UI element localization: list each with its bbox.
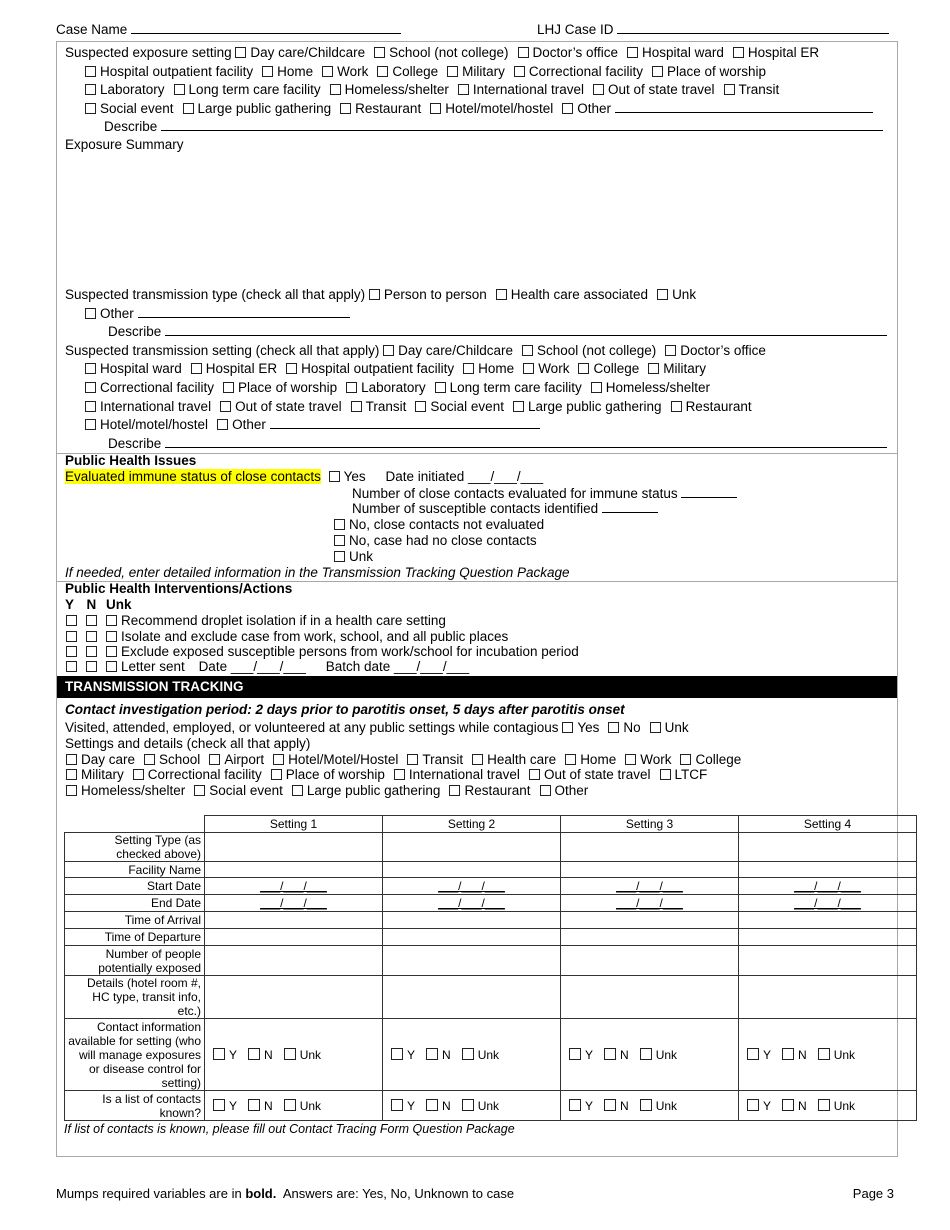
table-cell[interactable] [739, 946, 917, 976]
checkbox-option[interactable]: Day care/Childcare [383, 343, 513, 358]
transmission-setting-other-input[interactable] [270, 417, 540, 429]
checkbox-option[interactable]: Homeless/shelter [66, 783, 185, 798]
checkbox[interactable] [671, 401, 682, 412]
option-label: Unk [300, 1048, 321, 1062]
table-cell[interactable] [205, 929, 383, 946]
checkbox-unk[interactable] [106, 646, 117, 657]
table-cell[interactable] [205, 912, 383, 929]
table-cell[interactable] [383, 862, 561, 878]
table-cell[interactable] [561, 946, 739, 976]
checkbox[interactable] [529, 769, 540, 780]
yes-label: Yes [344, 469, 366, 484]
table-cell[interactable]: YNUnk [739, 1019, 917, 1091]
checkbox[interactable] [747, 1099, 759, 1111]
row-label: Start Date [65, 878, 205, 895]
checkbox[interactable] [213, 1048, 225, 1060]
checkbox-option[interactable]: Health care associated [496, 287, 648, 302]
checkbox-option[interactable]: No [608, 720, 640, 735]
table-cell[interactable] [561, 833, 739, 862]
checkbox[interactable] [818, 1099, 830, 1111]
table-cell[interactable]: YNUnk [205, 1091, 383, 1121]
option-label: Large public gathering [307, 783, 441, 798]
checkbox-option[interactable]: Home [565, 752, 616, 767]
checkbox[interactable] [818, 1048, 830, 1060]
option-label: School (not college) [537, 343, 656, 358]
checkbox[interactable] [660, 769, 671, 780]
checkbox[interactable] [66, 754, 77, 765]
date-input[interactable]: ___/___/___ [794, 896, 861, 910]
table-row: Contact information available for settin… [65, 1019, 917, 1091]
checkbox[interactable] [85, 308, 96, 319]
checkbox[interactable] [85, 363, 96, 374]
checkbox[interactable] [286, 363, 297, 374]
case-name-input[interactable] [131, 22, 401, 34]
checkbox-option[interactable]: Transit [351, 399, 407, 414]
checkbox[interactable] [383, 345, 394, 356]
checkbox[interactable] [85, 419, 96, 430]
table-cell[interactable] [561, 929, 739, 946]
checkbox-option[interactable]: Other [540, 783, 589, 798]
date-input[interactable]: ___/___/___ [616, 896, 683, 910]
checkbox-option[interactable]: Out of state travel [529, 767, 651, 782]
checkbox[interactable] [540, 785, 551, 796]
checkbox[interactable] [183, 103, 194, 114]
checkbox-option[interactable]: Hotel/Motel/Hostel [273, 752, 398, 767]
table-cell[interactable]: YNUnk [205, 1019, 383, 1091]
table-cell[interactable]: ___/___/___ [561, 878, 739, 895]
option-label: Homeless/shelter [345, 82, 449, 97]
checkbox[interactable] [133, 769, 144, 780]
checkbox-option[interactable]: Long term care facility [174, 82, 321, 97]
checkbox-option[interactable]: Restaurant [449, 783, 530, 798]
option-label: Social event [209, 783, 283, 798]
checkbox-option[interactable]: Military [66, 767, 124, 782]
num-susceptible-input[interactable] [602, 501, 658, 513]
table-cell[interactable] [561, 912, 739, 929]
checkbox[interactable] [562, 103, 573, 114]
checkbox[interactable] [472, 754, 483, 765]
checkbox[interactable] [522, 345, 533, 356]
checkbox[interactable] [513, 401, 524, 412]
table-cell[interactable] [205, 946, 383, 976]
checkbox[interactable] [430, 103, 441, 114]
checkbox[interactable] [426, 1048, 438, 1060]
table-cell[interactable]: YNUnk [739, 1091, 917, 1121]
table-cell[interactable]: YNUnk [561, 1019, 739, 1091]
checkbox-option[interactable]: Large public gathering [183, 101, 332, 116]
checkbox-y[interactable] [66, 615, 77, 626]
checkbox[interactable] [85, 84, 96, 95]
lhj-case-id-field[interactable]: LHJ Case ID [537, 22, 889, 37]
table-cell[interactable] [383, 946, 561, 976]
checkbox-option[interactable]: Person to person [369, 287, 487, 302]
option-label: Hospital ER [748, 45, 819, 60]
checkbox[interactable] [284, 1048, 296, 1060]
row-label: Time of Arrival [65, 912, 205, 929]
table-cell[interactable] [383, 912, 561, 929]
checkbox-option[interactable]: Unk [650, 720, 689, 735]
checkbox[interactable] [415, 401, 426, 412]
checkbox[interactable] [652, 66, 663, 77]
checkbox[interactable] [650, 722, 661, 733]
batch-date-label: Batch date [326, 659, 391, 674]
checkbox[interactable] [374, 47, 385, 58]
lhj-case-id-input[interactable] [617, 22, 889, 34]
option-label: Y [763, 1099, 771, 1113]
option-label: N [620, 1048, 629, 1062]
evaluated-yes-checkbox[interactable] [329, 471, 340, 482]
checkbox[interactable] [648, 363, 659, 374]
letter-sent-row: Letter sent Date ___/___/___ Batch date … [66, 658, 469, 676]
checkbox[interactable] [85, 382, 96, 393]
checkbox-option[interactable]: Day care/Childcare [235, 45, 365, 60]
checkbox[interactable] [235, 47, 246, 58]
table-cell[interactable]: ___/___/___ [383, 878, 561, 895]
checkbox[interactable] [604, 1048, 616, 1060]
date-initiated-input[interactable]: ___/___/___ [468, 469, 543, 484]
checkbox-option[interactable]: Large public gathering [292, 783, 441, 798]
checkbox-option[interactable]: Home [262, 64, 313, 79]
checkbox[interactable] [593, 84, 604, 95]
checkbox[interactable] [209, 754, 220, 765]
checkbox[interactable] [565, 754, 576, 765]
checkbox[interactable] [66, 785, 77, 796]
checkbox[interactable] [273, 754, 284, 765]
checkbox-option[interactable]: Doctor’s office [665, 343, 766, 358]
option-label: Homeless/shelter [81, 783, 185, 798]
checkbox-y[interactable] [66, 661, 77, 672]
checkbox-option[interactable]: International travel [394, 767, 520, 782]
option-label: Place of worship [238, 380, 337, 395]
checkbox[interactable] [407, 754, 418, 765]
checkbox[interactable] [369, 289, 380, 300]
checkbox[interactable] [462, 1099, 474, 1111]
checkbox[interactable] [271, 769, 282, 780]
checkbox-option[interactable]: Place of worship [652, 64, 766, 79]
table-cell[interactable] [739, 929, 917, 946]
checkbox[interactable] [569, 1099, 581, 1111]
checkbox[interactable] [223, 382, 234, 393]
checkbox-option[interactable]: Work [322, 64, 368, 79]
option-label: Day care [81, 752, 135, 767]
option-label: Y [407, 1048, 415, 1062]
table-row: Number of people potentially exposed [65, 946, 917, 976]
table-cell[interactable] [205, 976, 383, 1019]
checkbox-n[interactable] [86, 646, 97, 657]
checkbox-option[interactable]: Large public gathering [513, 399, 662, 414]
checkbox-option[interactable]: Restaurant [671, 399, 752, 414]
checkbox-option[interactable]: Home [463, 361, 514, 376]
checkbox[interactable] [665, 345, 676, 356]
checkbox-option[interactable]: Airport [209, 752, 264, 767]
checkbox[interactable] [330, 84, 341, 95]
table-cell[interactable] [739, 862, 917, 878]
checkbox[interactable] [322, 66, 333, 77]
checkbox[interactable] [462, 1048, 474, 1060]
checkbox-option[interactable]: Hospital ER [733, 45, 819, 60]
checkbox-option[interactable]: Doctor’s office [518, 45, 619, 60]
checkbox-option[interactable]: Hospital ward [627, 45, 724, 60]
date-input[interactable]: ___/___/___ [438, 879, 505, 893]
table-cell[interactable] [739, 833, 917, 862]
checkbox[interactable] [640, 1099, 652, 1111]
checkbox[interactable] [191, 363, 202, 374]
checkbox[interactable] [578, 363, 589, 374]
table-cell[interactable]: YNUnk [383, 1019, 561, 1091]
checkbox-unk[interactable] [106, 661, 117, 672]
table-cell[interactable] [383, 833, 561, 862]
case-name-field[interactable]: Case Name [56, 22, 401, 37]
exposure-summary-label: Exposure Summary [65, 136, 184, 154]
date-input[interactable]: ___/___/___ [260, 879, 327, 893]
option-label: Out of state travel [235, 399, 342, 414]
exposure-other-input[interactable] [615, 101, 873, 113]
evaluated-immune-label: Evaluated immune status of close contact… [65, 469, 321, 484]
option-label: N [798, 1099, 807, 1113]
checkbox[interactable] [449, 785, 460, 796]
checkbox-option[interactable]: Health care [472, 752, 556, 767]
checkbox[interactable] [640, 1048, 652, 1060]
checkbox-n[interactable] [86, 615, 97, 626]
checkbox[interactable] [608, 722, 619, 733]
table-cell[interactable]: ___/___/___ [561, 895, 739, 912]
option-label: Other [232, 417, 266, 432]
footer-text: Mumps required variables are in [56, 1186, 245, 1201]
checkbox[interactable] [262, 66, 273, 77]
checkbox[interactable] [394, 769, 405, 780]
checkbox[interactable] [724, 84, 735, 95]
checkbox-option[interactable]: Other [217, 417, 266, 432]
checkbox[interactable] [340, 103, 351, 114]
checkbox[interactable] [174, 84, 185, 95]
option-label: Hospital ER [206, 361, 277, 376]
checkbox[interactable] [85, 66, 96, 77]
checkbox[interactable] [496, 289, 507, 300]
checkbox[interactable] [604, 1099, 616, 1111]
table-cell[interactable]: ___/___/___ [383, 895, 561, 912]
option-label: Restaurant [464, 783, 530, 798]
table-cell[interactable] [205, 862, 383, 878]
checkbox-option[interactable]: Homeless/shelter [591, 380, 710, 395]
checkbox-option[interactable]: College [377, 64, 438, 79]
checkbox-option[interactable]: LTCF [660, 767, 708, 782]
checkbox[interactable] [346, 382, 357, 393]
checkbox[interactable] [518, 47, 529, 58]
checkbox-option[interactable]: Social event [85, 101, 174, 116]
checkbox[interactable] [85, 103, 96, 114]
checkbox-option[interactable]: Other [562, 101, 611, 116]
option-label: Yes [577, 720, 599, 735]
checkbox-option[interactable]: Correctional facility [85, 380, 214, 395]
intervention-label: Isolate and exclude case from work, scho… [121, 629, 508, 644]
checkbox-option[interactable]: Social event [194, 783, 283, 798]
checkbox[interactable] [377, 66, 388, 77]
exposure-setting-row4: Social eventLarge public gatheringRestau… [85, 100, 873, 118]
footer-text-after: Answers are: Yes, No, Unknown to case [276, 1186, 514, 1201]
checkbox-option[interactable]: Laboratory [85, 82, 165, 97]
transmission-type-other-input[interactable] [138, 306, 350, 318]
checkbox[interactable] [523, 363, 534, 374]
checkbox-option[interactable]: Military [447, 64, 505, 79]
num-evaluated-input[interactable] [681, 486, 737, 498]
table-cell[interactable]: ___/___/___ [205, 878, 383, 895]
checkbox-option[interactable]: Work [625, 752, 671, 767]
checkbox[interactable] [733, 47, 744, 58]
checkbox-option[interactable]: Long term care facility [435, 380, 582, 395]
checkbox[interactable] [747, 1048, 759, 1060]
checkbox[interactable] [627, 47, 638, 58]
exposure-summary-area[interactable] [65, 156, 890, 282]
batch-date-input[interactable]: ___/___/___ [394, 659, 469, 674]
checkbox[interactable] [463, 363, 474, 374]
checkbox[interactable] [292, 785, 303, 796]
table-cell[interactable]: ___/___/___ [739, 878, 917, 895]
checkbox[interactable] [591, 382, 602, 393]
checkbox[interactable] [447, 66, 458, 77]
checkbox[interactable] [334, 519, 345, 530]
table-cell[interactable]: ___/___/___ [205, 895, 383, 912]
checkbox-option[interactable]: College [680, 752, 741, 767]
option-label: Doctor’s office [533, 45, 619, 60]
date-input[interactable]: ___/___/___ [438, 896, 505, 910]
transmission-setting-row4: International travelOut of state travelT… [85, 398, 761, 416]
table-cell[interactable] [739, 912, 917, 929]
checkbox-option[interactable]: Work [523, 361, 569, 376]
date-input[interactable]: ___/___/___ [794, 879, 861, 893]
checkbox[interactable] [562, 722, 573, 733]
checkbox[interactable] [213, 1099, 225, 1111]
table-cell[interactable] [205, 833, 383, 862]
table-cell[interactable] [383, 929, 561, 946]
checkbox-n[interactable] [86, 631, 97, 642]
checkbox-option[interactable]: School (not college) [374, 45, 508, 60]
table-cell[interactable] [383, 976, 561, 1019]
checkbox-option[interactable]: Transit [407, 752, 463, 767]
checkbox-option[interactable]: International travel [458, 82, 584, 97]
checkbox-option[interactable]: Out of state travel [220, 399, 342, 414]
checkbox[interactable] [625, 754, 636, 765]
describe-label: Describe [108, 324, 161, 339]
checkbox[interactable] [426, 1099, 438, 1111]
checkbox-y[interactable] [66, 646, 77, 657]
checkbox-option[interactable]: International travel [85, 399, 211, 414]
checkbox[interactable] [458, 84, 469, 95]
option-label: Homeless/shelter [606, 380, 710, 395]
checkbox[interactable] [194, 785, 205, 796]
checkbox[interactable] [284, 1099, 296, 1111]
checkbox-option[interactable]: Hospital ER [191, 361, 277, 376]
exposure-describe-input[interactable] [161, 119, 883, 131]
table-cell[interactable] [561, 976, 739, 1019]
option-label: No, case had no close contacts [349, 533, 537, 548]
letter-date-input[interactable]: ___/___/___ [231, 659, 306, 674]
checkbox[interactable] [85, 401, 96, 412]
checkbox[interactable] [435, 382, 446, 393]
checkbox-option[interactable]: Day care [66, 752, 135, 767]
option-label: Day care/Childcare [250, 45, 365, 60]
checkbox-option[interactable]: School (not college) [522, 343, 656, 358]
checkbox[interactable] [248, 1099, 260, 1111]
checkbox[interactable] [782, 1099, 794, 1111]
contact-investigation-period: Contact investigation period: 2 days pri… [65, 701, 625, 719]
table-cell[interactable]: YNUnk [383, 1091, 561, 1121]
checkbox-option[interactable]: College [578, 361, 639, 376]
option-label: Other [100, 306, 134, 321]
checkbox-option[interactable]: Hospital outpatient facility [85, 64, 253, 79]
checkbox-option[interactable]: Hospital ward [85, 361, 182, 376]
checkbox-option[interactable]: Homeless/shelter [330, 82, 449, 97]
checkbox-y[interactable] [66, 631, 77, 642]
checkbox-option[interactable]: Place of worship [271, 767, 385, 782]
checkbox-option[interactable]: Correctional facility [514, 64, 643, 79]
checkbox-option[interactable]: Transit [724, 82, 780, 97]
transmission-setting-describe-input[interactable] [165, 436, 887, 448]
checkbox-option[interactable]: Place of worship [223, 380, 337, 395]
checkbox[interactable] [334, 535, 345, 546]
checkbox[interactable] [217, 419, 228, 430]
checkbox-option[interactable]: School [144, 752, 200, 767]
checkbox-option[interactable]: Hospital outpatient facility [286, 361, 454, 376]
checkbox[interactable] [391, 1099, 403, 1111]
checkbox-option[interactable]: Restaurant [340, 101, 421, 116]
checkbox[interactable] [351, 401, 362, 412]
checkbox[interactable] [657, 289, 668, 300]
option-label: Unk [834, 1099, 855, 1113]
checkbox[interactable] [144, 754, 155, 765]
lhj-case-id-label: LHJ Case ID [537, 22, 614, 37]
date-input[interactable]: ___/___/___ [260, 896, 327, 910]
row-label: Facility Name [65, 862, 205, 878]
date-input[interactable]: ___/___/___ [616, 879, 683, 893]
checkbox[interactable] [680, 754, 691, 765]
checkbox-option[interactable]: Yes [562, 720, 599, 735]
checkbox[interactable] [569, 1048, 581, 1060]
row-label: Contact information available for settin… [65, 1019, 205, 1091]
transmission-type-describe-input[interactable] [165, 324, 887, 336]
checkbox-option[interactable]: Correctional facility [133, 767, 262, 782]
table-cell[interactable]: YNUnk [561, 1091, 739, 1121]
footer-note: Mumps required variables are in bold. An… [56, 1186, 514, 1201]
table-cell[interactable] [561, 862, 739, 878]
checkbox-option[interactable]: Hotel/motel/hostel [85, 417, 208, 432]
option-label: Unk [478, 1048, 499, 1062]
exposure-describe: Describe [104, 118, 883, 136]
checkbox-option[interactable]: Social event [415, 399, 504, 414]
checkbox-unk[interactable] [106, 631, 117, 642]
checkbox[interactable] [782, 1048, 794, 1060]
checkbox[interactable] [66, 769, 77, 780]
checkbox[interactable] [391, 1048, 403, 1060]
checkbox-n[interactable] [86, 661, 97, 672]
checkbox-option[interactable]: Out of state travel [593, 82, 715, 97]
transmission-setting-row5: Hotel/motel/hostelOther [85, 416, 540, 434]
checkbox-option[interactable]: Military [648, 361, 706, 376]
checkbox-option[interactable]: Laboratory [346, 380, 426, 395]
checkbox[interactable] [220, 401, 231, 412]
table-cell[interactable] [739, 976, 917, 1019]
checkbox[interactable] [248, 1048, 260, 1060]
contact-tracing-note: If list of contacts is known, please fil… [64, 1120, 515, 1138]
checkbox[interactable] [334, 551, 345, 562]
page-number: Page 3 [853, 1186, 894, 1201]
checkbox[interactable] [514, 66, 525, 77]
transmission-setting-label: Suspected transmission setting (check al… [65, 343, 379, 358]
checkbox-option[interactable]: Unk [657, 287, 696, 302]
table-cell[interactable]: ___/___/___ [739, 895, 917, 912]
checkbox-option[interactable]: Hotel/motel/hostel [430, 101, 553, 116]
option-label: Restaurant [686, 399, 752, 414]
checkbox-unk[interactable] [106, 615, 117, 626]
